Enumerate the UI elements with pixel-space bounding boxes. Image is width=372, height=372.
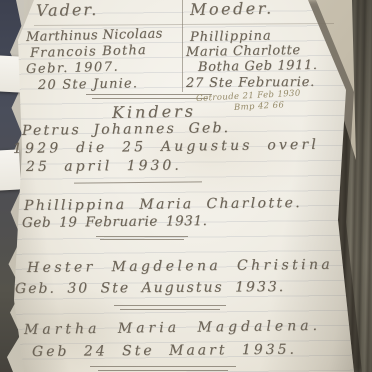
father-heading: Vader. (36, 2, 99, 19)
entry-underline (120, 309, 220, 310)
mother-birth-line: Botha Geb 1911. (198, 59, 318, 74)
child-entry-line: Geb 24 Ste Maart 1935. (32, 343, 297, 359)
child-entry-line: Phillippina Maria Charlotte. (24, 196, 302, 213)
mother-heading: Moeder. (190, 1, 274, 18)
child-entry-line: 1929 die 25 Augustus overl (13, 138, 319, 156)
father-birth-line: Gebr. 1907. (26, 61, 119, 76)
father-birth-line: 20 Ste Junie. (38, 77, 138, 92)
child-entry-line: Petrus Johannes Geb. (22, 121, 230, 138)
father-name-line: Marthinus Nicolaas (26, 27, 163, 44)
child-entry-line: Geb 19 Februarie 1931. (22, 215, 208, 230)
mother-name-line: Phillippina (190, 30, 272, 44)
child-entry-line: 25 april 1930. (26, 159, 182, 174)
entry-underline (90, 366, 236, 367)
children-heading: Kinders (112, 104, 196, 121)
column-divider-rule (182, 0, 183, 92)
child-entry-line: Martha Maria Magdalena. (24, 319, 321, 337)
mother-name-line: Maria Charlotte (186, 44, 301, 59)
photo-of-register-page: Vader. Moeder. Marthinus Nicolaas Franco… (0, 0, 372, 372)
entry-underline (100, 239, 184, 240)
child-entry-line: Hester Magdelena Christina (27, 258, 333, 275)
section-rule (92, 98, 208, 99)
entry-underline (96, 236, 188, 237)
entry-underline (98, 370, 228, 371)
section-rule (86, 94, 212, 95)
child-entry-line: Geb. 30 Ste Augustus 1933. (15, 280, 285, 296)
entry-underline (114, 305, 226, 306)
father-name-line: Francois Botha (30, 44, 147, 60)
